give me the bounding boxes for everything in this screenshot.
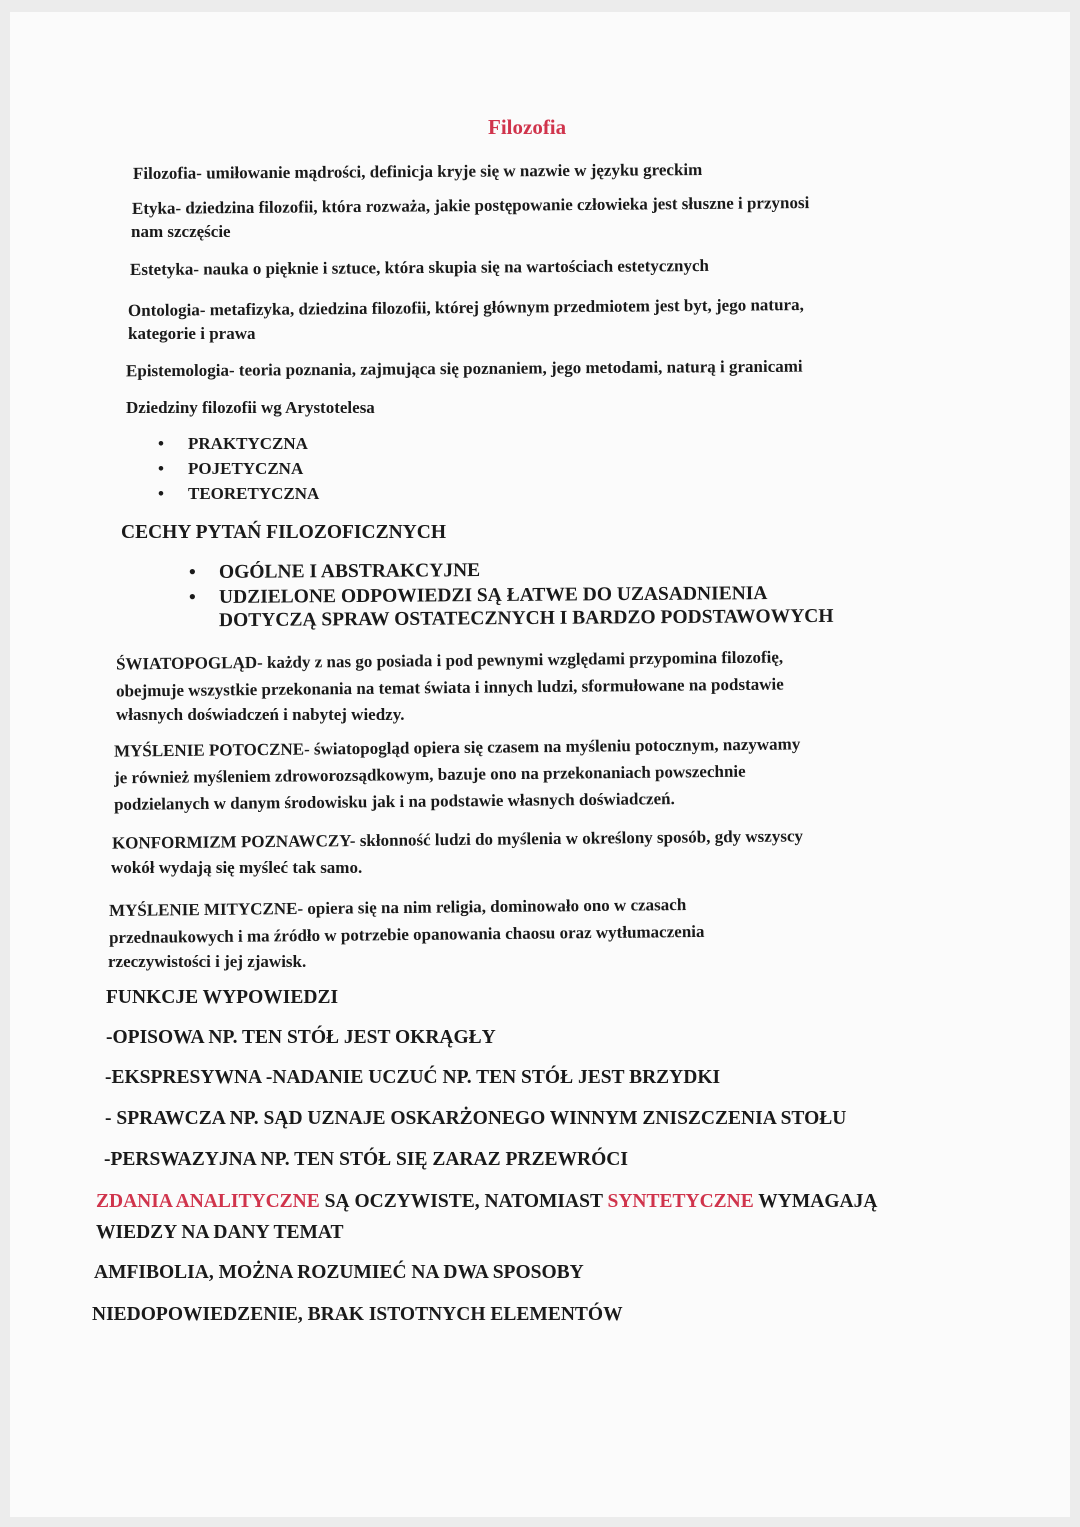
definition-epistemologia: Epistemologia- teoria poznania, zajmując… <box>126 357 803 382</box>
worldview-line: własnych doświadczeń i nabytej wiedzy. <box>116 705 405 725</box>
analytic-term: ZDANIA ANALITYCZNE <box>96 1191 320 1212</box>
mythical-line: przednaukowych i ma źródło w potrzebie o… <box>109 922 705 948</box>
functions-item: -PERSWAZYJNA NP. TEN STÓŁ SIĘ ZARAZ PRZE… <box>104 1149 628 1171</box>
definition-filozofia: Filozofia- umiłowanie mądrości, definicj… <box>133 160 702 184</box>
aristotle-item: PRAKTYCZNA <box>188 434 308 454</box>
conformism-line: KONFORMIZM POZNAWCZY- skłonność ludzi do… <box>112 826 803 853</box>
aristotle-item: POJETYCZNA <box>188 459 303 479</box>
amphibolia: AMFIBOLIA, MOŻNA ROZUMIEĆ NA DWA SPOSOBY <box>94 1262 584 1284</box>
document-page: Filozofia Filozofia- umiłowanie mądrości… <box>10 12 1070 1517</box>
common-thinking-line: MYŚLENIE POTOCZNE- światopogląd opiera s… <box>114 734 800 761</box>
common-thinking-line: je również myśleniem zdroworozsądkowym, … <box>114 762 746 789</box>
questions-item: UDZIELONE ODPOWIEDZI SĄ ŁATWE DO UZASADN… <box>219 583 768 609</box>
questions-item: DOTYCZĄ SPRAW OSTATECZNYCH I BARDZO PODS… <box>219 606 834 632</box>
common-thinking-line: podzielanych w danym środowisku jak i na… <box>114 789 675 815</box>
understatement: NIEDOPOWIEDZENIE, BRAK ISTOTNYCH ELEMENT… <box>92 1304 623 1326</box>
definition-ontologia-cont: kategorie i prawa <box>128 324 255 344</box>
functions-item: -OPISOWA NP. TEN STÓŁ JEST OKRĄGŁY <box>106 1027 496 1049</box>
definition-estetyka: Estetyka- nauka o pięknie i sztuce, któr… <box>130 256 709 280</box>
definition-etyka-cont: nam szczęście <box>131 222 231 242</box>
page-title: Filozofia <box>488 115 566 140</box>
functions-item: - SPRAWCZA NP. SĄD UZNAJE OSKARŻONEGO WI… <box>105 1108 846 1130</box>
sentences-line: ZDANIA ANALITYCZNE SĄ OCZYWISTE, NATOMIA… <box>96 1191 877 1213</box>
worldview-line: ŚWIATOPOGLĄD- każdy z nas go posiada i p… <box>116 648 783 675</box>
functions-item: -EKSPRESYWNA -NADANIE UCZUĆ NP. TEN STÓŁ… <box>105 1067 720 1089</box>
questions-item: OGÓLNE I ABSTRAKCYJNE <box>219 560 480 584</box>
functions-heading: FUNKCJE WYPOWIEDZI <box>106 987 338 1009</box>
synthetic-term: SYNTETYCZNE <box>607 1191 753 1212</box>
definition-ontologia: Ontologia- metafizyka, dziedzina filozof… <box>128 295 804 321</box>
sentences-line-2: WIEDZY NA DANY TEMAT <box>96 1222 344 1244</box>
definition-etyka: Etyka- dziedzina filozofii, która rozważ… <box>132 193 809 219</box>
mythical-line: MYŚLENIE MITYCZNE- opiera się na nim rel… <box>109 895 686 921</box>
questions-heading: CECHY PYTAŃ FILOZOFICZNYCH <box>121 522 446 544</box>
aristotle-heading: Dziedziny filozofii wg Arystotelesa <box>126 398 375 418</box>
mythical-line: rzeczywistości i jej zjawisk. <box>108 952 306 972</box>
aristotle-item: TEORETYCZNA <box>188 484 319 504</box>
worldview-line: obejmuje wszystkie przekonania na temat … <box>116 675 784 702</box>
conformism-line: wokół wydają się myśleć tak samo. <box>111 858 362 878</box>
